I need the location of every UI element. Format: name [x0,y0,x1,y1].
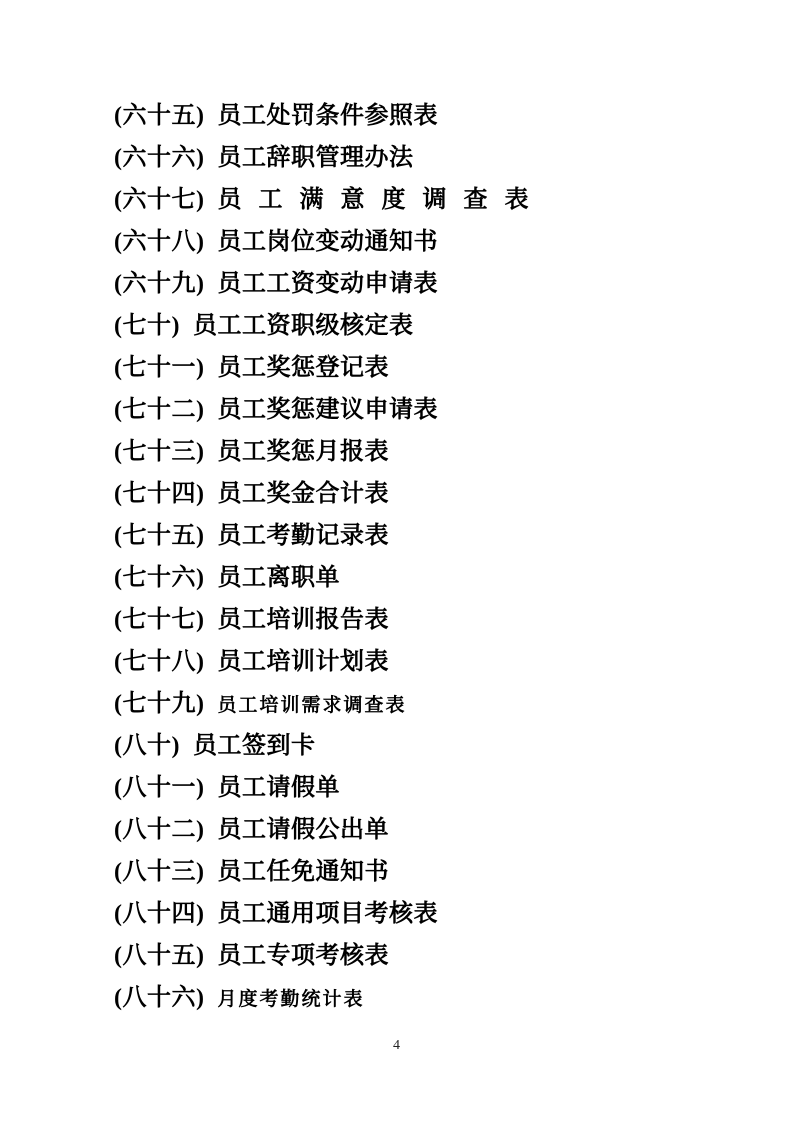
item-number: (六十七) [114,187,204,213]
item-title: 员工满意度调查表 [217,187,545,213]
item-number: (七十八) [114,649,204,675]
item-number: (七十一) [114,355,204,381]
list-item: (七十四)员工奖金合计表 [114,473,753,515]
item-title: 员工培训报告表 [217,607,389,633]
list-item: (七十二)员工奖惩建议申请表 [114,389,753,431]
list-item: (八十四)员工通用项目考核表 [114,893,753,935]
item-title: 员工通用项目考核表 [217,901,438,927]
page-number: 4 [0,1038,793,1054]
item-number: (八十一) [114,775,204,801]
item-number: (七十二) [114,397,204,423]
list-item: (六十九)员工工资变动申请表 [114,263,753,305]
item-number: (八十) [114,733,180,759]
item-title: 员工请假单 [217,775,340,801]
item-title: 员工离职单 [217,565,340,591]
item-number: (八十五) [114,943,204,969]
list-item: (七十七)员工培训报告表 [114,599,753,641]
list-item: (六十六)员工辞职管理办法 [114,137,753,179]
item-title: 员工专项考核表 [217,943,389,969]
list-item: (八十)员工签到卡 [114,725,753,767]
item-title: 员工奖惩月报表 [217,439,389,465]
item-title: 员工工资职级核定表 [193,313,414,339]
item-title: 员工奖金合计表 [217,481,389,507]
list-item: (八十六)月度考勤统计表 [114,977,753,1019]
document-page: (六十五)员工处罚条件参照表 (六十六)员工辞职管理办法 (六十七)员工满意度调… [0,0,793,1122]
list-item: (八十五)员工专项考核表 [114,935,753,977]
item-title: 员工签到卡 [193,733,316,759]
item-number: (六十八) [114,229,204,255]
list-item: (七十一)员工奖惩登记表 [114,347,753,389]
item-number: (七十九) [114,691,204,717]
item-title: 员工培训需求调查表 [217,695,406,716]
item-title: 员工任免通知书 [217,859,389,885]
list-item: (七十)员工工资职级核定表 [114,305,753,347]
item-number: (六十五) [114,103,204,129]
item-number: (六十九) [114,271,204,297]
list-item: (七十九)员工培训需求调查表 [114,683,753,725]
list-item: (八十二)员工请假公出单 [114,809,753,851]
item-title: 员工培训计划表 [217,649,389,675]
item-number: (七十七) [114,607,204,633]
list-item: (八十一)员工请假单 [114,767,753,809]
list-item: (六十五)员工处罚条件参照表 [114,95,753,137]
item-title: 员工工资变动申请表 [217,271,438,297]
item-title: 员工处罚条件参照表 [217,103,438,129]
item-number: (六十六) [114,145,204,171]
list-item: (七十三)员工奖惩月报表 [114,431,753,473]
toc-list: (六十五)员工处罚条件参照表 (六十六)员工辞职管理办法 (六十七)员工满意度调… [114,95,753,1019]
item-title: 员工奖惩建议申请表 [217,397,438,423]
item-number: (七十三) [114,439,204,465]
list-item: (七十八)员工培训计划表 [114,641,753,683]
item-number: (八十三) [114,859,204,885]
list-item: (七十六)员工离职单 [114,557,753,599]
item-title: 员工奖惩登记表 [217,355,389,381]
item-title: 月度考勤统计表 [217,989,364,1010]
item-number: (八十六) [114,985,204,1011]
item-number: (七十四) [114,481,204,507]
list-item: (八十三)员工任免通知书 [114,851,753,893]
item-title: 员工岗位变动通知书 [217,229,438,255]
item-number: (七十六) [114,565,204,591]
list-item: (七十五)员工考勤记录表 [114,515,753,557]
list-item: (六十七)员工满意度调查表 [114,179,753,221]
item-title: 员工辞职管理办法 [217,145,413,171]
item-title: 员工考勤记录表 [217,523,389,549]
item-number: (八十四) [114,901,204,927]
item-number: (七十五) [114,523,204,549]
list-item: (六十八)员工岗位变动通知书 [114,221,753,263]
item-number: (七十) [114,313,180,339]
item-number: (八十二) [114,817,204,843]
item-title: 员工请假公出单 [217,817,389,843]
